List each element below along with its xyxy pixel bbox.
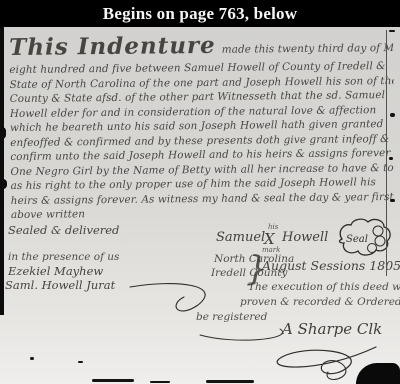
scanned-deed-page: This Indenturemade this twenty third day… — [0, 27, 400, 384]
scan-speck — [30, 357, 34, 360]
scan-edge-blot — [0, 179, 7, 189]
witness-signature: Ezekiel Mayhew — [8, 264, 103, 278]
seal-label: Seal — [346, 234, 368, 245]
grantor-last-name: Howell — [282, 230, 328, 245]
opening-phrase: This Indenture — [9, 32, 216, 61]
sealed-delivered-line: Sealed & delivered — [8, 223, 119, 237]
scan-bottom-mark — [92, 379, 134, 382]
grantor-first-name: Samuel — [216, 230, 265, 245]
scan-bottom-mark — [150, 381, 170, 383]
caption-bar: Begins on page 763, below — [0, 0, 400, 27]
presence-line: in the presence of us — [8, 251, 119, 263]
scan-speck — [78, 361, 83, 363]
scan-speck — [389, 30, 395, 32]
caption-text: Begins on page 763, below — [103, 4, 297, 24]
scan-speck — [389, 157, 393, 160]
court-session: August Sessions 1805 — [262, 258, 400, 273]
scan-bottom-mark — [206, 380, 254, 383]
seal-drawing: Seal — [334, 216, 394, 260]
court-order-line: The execution of this deed was — [248, 281, 400, 293]
manuscript-line: This Indenturemade this twenty third day… — [9, 29, 393, 63]
court-order-line: proven & recorded & Ordered to — [240, 296, 400, 308]
page-fold-line — [386, 30, 387, 276]
scan-left-edge — [0, 27, 4, 315]
manuscript-body: This Indenturemade this twenty third day… — [9, 29, 395, 223]
screenshot: Begins on page 763, below This Indenture… — [0, 0, 400, 384]
scan-speck — [390, 113, 395, 117]
scan-speck — [390, 199, 395, 202]
witness-signature: Saml. Howell Jurat — [5, 278, 115, 292]
manuscript-line-text: made this twenty third day of May one th… — [222, 41, 394, 56]
scan-edge-blot — [0, 127, 6, 139]
